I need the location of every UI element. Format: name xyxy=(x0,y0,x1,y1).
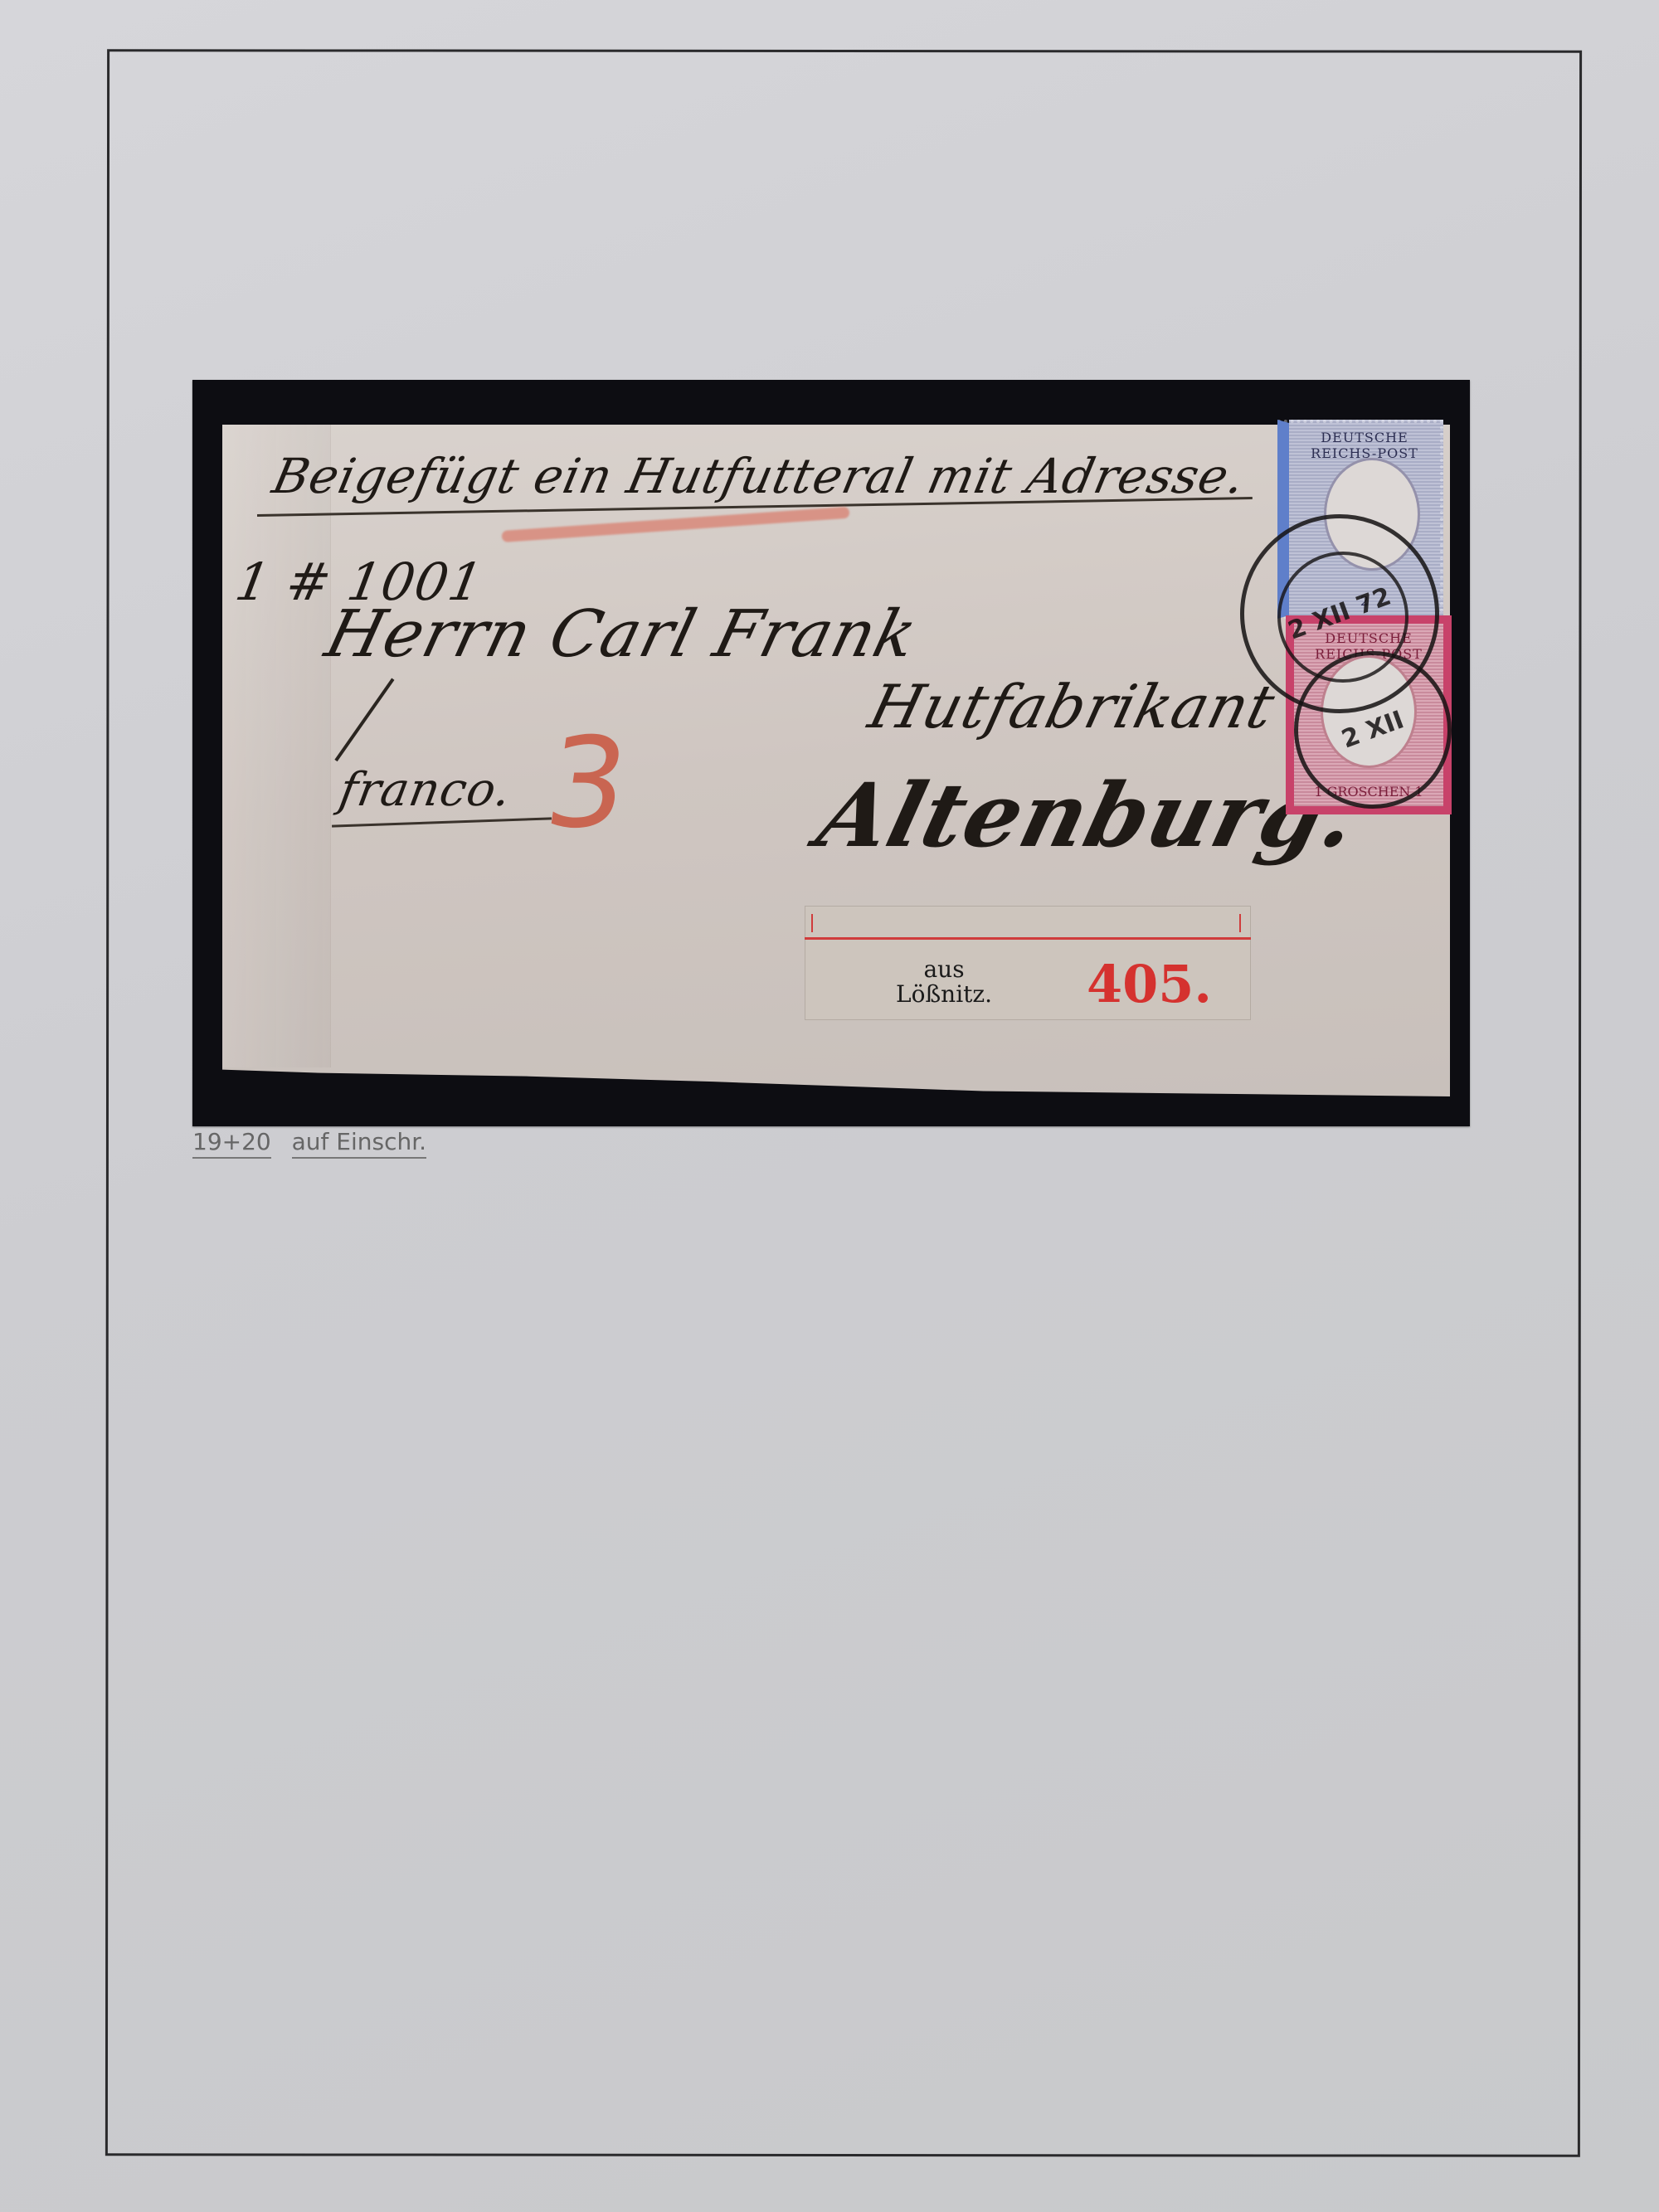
label-origin: aus Lößnitz. xyxy=(896,957,992,1007)
caption-catalog-numbers: 19+20 xyxy=(192,1128,271,1159)
stamp-legend: DEUTSCHE REICHS-POST xyxy=(1296,430,1433,461)
label-origin-line1: aus xyxy=(896,957,992,982)
postmark-date: 2 XII xyxy=(1297,691,1447,769)
registration-label: aus Lößnitz. 405. xyxy=(805,906,1251,1020)
postmark-circular: 2 XII xyxy=(1294,651,1452,809)
label-tick xyxy=(1239,914,1241,932)
caption-description: auf Einschr. xyxy=(292,1128,426,1159)
handwritten-addressee: Herrn Carl Frank xyxy=(319,597,925,672)
pencil-caption: 19+20 auf Einschr. xyxy=(192,1128,426,1155)
label-origin-line2: Lößnitz. xyxy=(896,982,992,1007)
handwritten-company: Hutfabrikant xyxy=(863,672,1282,741)
label-tick xyxy=(811,914,813,932)
cover-fold-flap xyxy=(222,425,331,1067)
label-red-rule xyxy=(805,937,1251,940)
label-number: 405. xyxy=(1087,954,1212,1014)
handwritten-city: Altenburg. xyxy=(808,763,1368,867)
handwritten-top-note: Beigefügt ein Hutfutteral mit Adresse. xyxy=(268,448,1251,504)
handwritten-franco: franco. xyxy=(335,763,515,817)
